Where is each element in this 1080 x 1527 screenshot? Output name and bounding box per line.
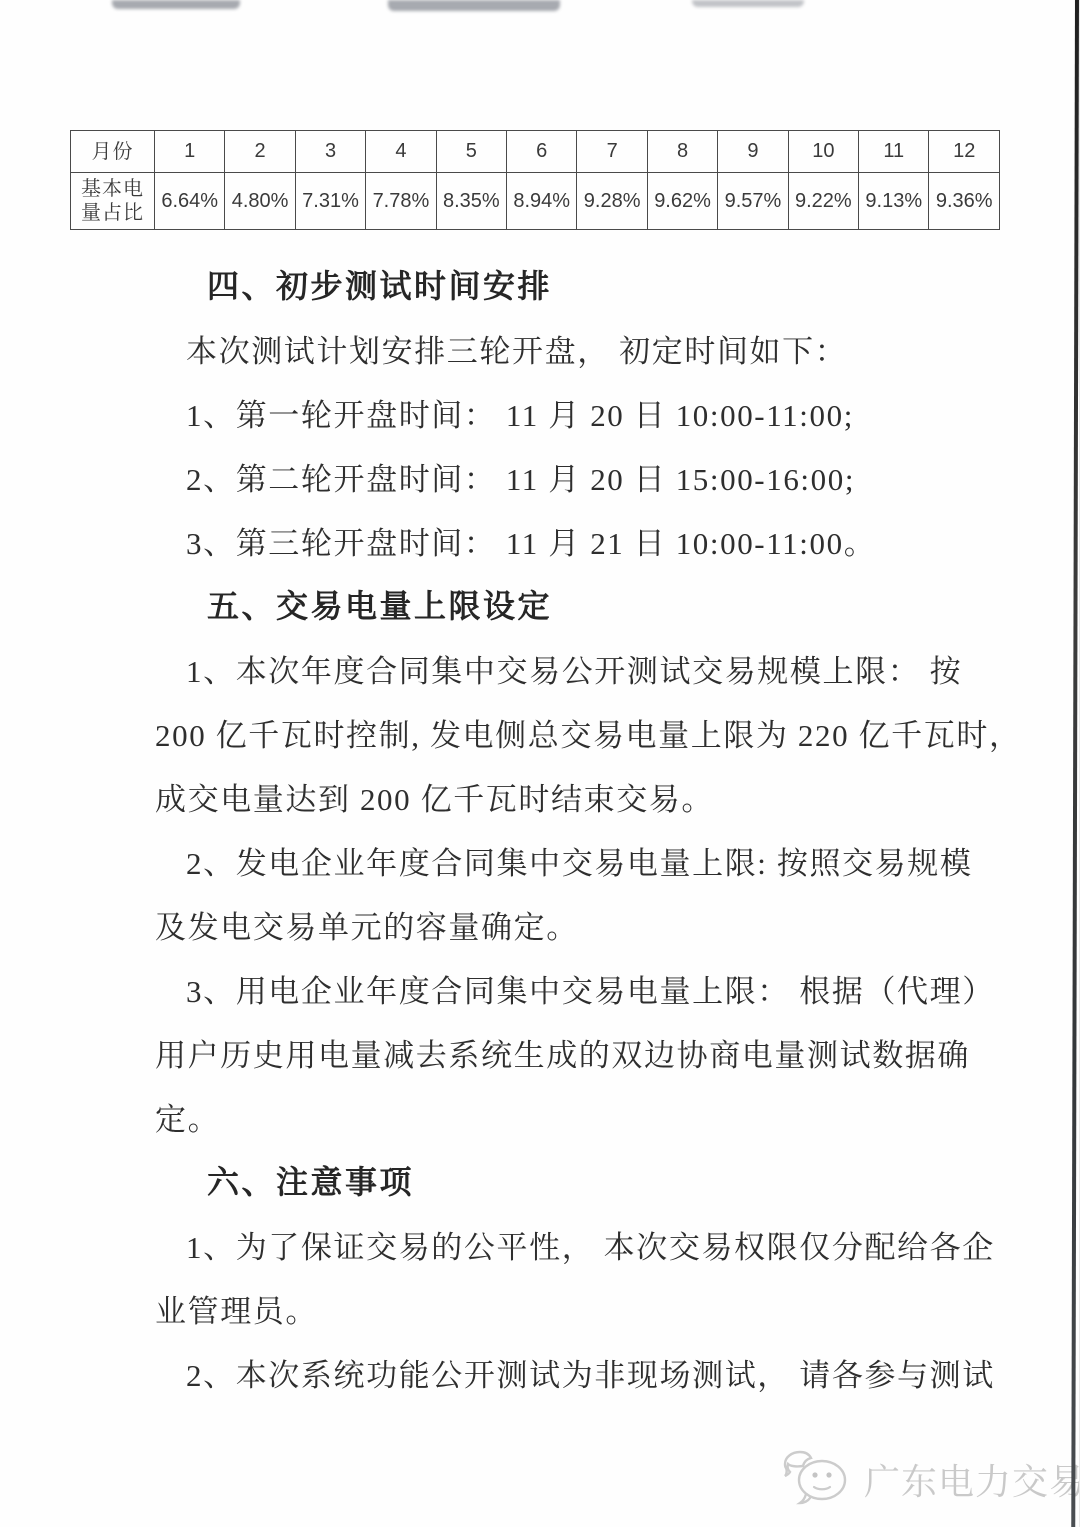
base-power-ratio-table: 月份123456789101112基本电量占比6.64%4.80%7.31%7.… <box>70 130 1000 230</box>
paragraph-line: 用户历史用电量减去系统生成的双边协商电量测试数据确 <box>0 1020 1080 1084</box>
table-cell-value: 9.22% <box>788 173 858 230</box>
table-cell-month: 9 <box>718 131 788 173</box>
table-row1-label: 月份 <box>71 131 155 173</box>
table-cell-month: 3 <box>295 131 365 173</box>
table-cell-value: 9.62% <box>647 173 717 230</box>
table-cell-value: 8.94% <box>507 173 577 230</box>
paragraph-line: 1、第一轮开盘时间： 11 月 20 日 10:00-11:00; <box>0 380 1080 444</box>
section-heading: 六、注意事项 <box>0 1148 1080 1212</box>
paragraph-line: 及发电交易单元的容量确定。 <box>0 892 1080 956</box>
table-cell-month: 1 <box>155 131 225 173</box>
table-cell-value: 7.31% <box>295 173 365 230</box>
paragraph-line: 2、发电企业年度合同集中交易电量上限: 按照交易规模 <box>0 828 1080 892</box>
table-cell-month: 10 <box>788 131 858 173</box>
table-cell-month: 6 <box>507 131 577 173</box>
footer-watermark: 广东电力交易中心 <box>782 1448 1072 1510</box>
paragraph-line: 成交电量达到 200 亿千瓦时结束交易。 <box>0 764 1080 828</box>
table-cell-month: 5 <box>436 131 506 173</box>
base-power-table-wrap: 月份123456789101112基本电量占比6.64%4.80%7.31%7.… <box>70 130 1000 230</box>
scan-smudge <box>388 0 560 11</box>
table-cell-value: 7.78% <box>366 173 436 230</box>
paragraph-line: 1、为了保证交易的公平性， 本次交易权限仅分配给各企 <box>0 1212 1080 1276</box>
section-heading: 五、交易电量上限设定 <box>0 572 1080 636</box>
scanned-document-page: 月份123456789101112基本电量占比6.64%4.80%7.31%7.… <box>0 0 1080 1527</box>
wechat-icon <box>782 1450 850 1508</box>
paragraph-line: 2、本次系统功能公开测试为非现场测试， 请各参与测试 <box>0 1340 1080 1404</box>
table-cell-value: 4.80% <box>225 173 295 230</box>
table-cell-value: 8.35% <box>436 173 506 230</box>
document-body: 四、初步测试时间安排本次测试计划安排三轮开盘， 初定时间如下：1、第一轮开盘时间… <box>0 252 1080 1404</box>
paragraph-line: 业管理员。 <box>0 1276 1080 1340</box>
table-cell-month: 4 <box>366 131 436 173</box>
table-cell-month: 8 <box>647 131 717 173</box>
table-cell-value: 6.64% <box>155 173 225 230</box>
table-cell-month: 12 <box>929 131 1000 173</box>
paragraph-line: 本次测试计划安排三轮开盘， 初定时间如下： <box>0 316 1080 380</box>
paragraph-line: 3、用电企业年度合同集中交易电量上限： 根据（代理） <box>0 956 1080 1020</box>
table-cell-month: 7 <box>577 131 647 173</box>
paragraph-line: 2、第二轮开盘时间： 11 月 20 日 15:00-16:00; <box>0 444 1080 508</box>
brand-text: 广东电力交易中心 <box>864 1454 1080 1505</box>
table-cell-value: 9.28% <box>577 173 647 230</box>
scan-smudge <box>112 0 240 9</box>
paragraph-line: 200 亿千瓦时控制, 发电侧总交易电量上限为 220 亿千瓦时， <box>0 700 1080 764</box>
table-cell-month: 11 <box>859 131 929 173</box>
paragraph-line: 3、第三轮开盘时间： 11 月 21 日 10:00-11:00。 <box>0 508 1080 572</box>
table-cell-value: 9.57% <box>718 173 788 230</box>
paragraph-line: 定。 <box>0 1084 1080 1148</box>
table-row2-label: 基本电量占比 <box>71 173 155 230</box>
table-cell-month: 2 <box>225 131 295 173</box>
table-cell-value: 9.13% <box>859 173 929 230</box>
scan-smudge <box>692 0 804 7</box>
paragraph-line: 1、本次年度合同集中交易公开测试交易规模上限： 按 <box>0 636 1080 700</box>
section-heading: 四、初步测试时间安排 <box>0 252 1080 316</box>
table-cell-value: 9.36% <box>929 173 1000 230</box>
